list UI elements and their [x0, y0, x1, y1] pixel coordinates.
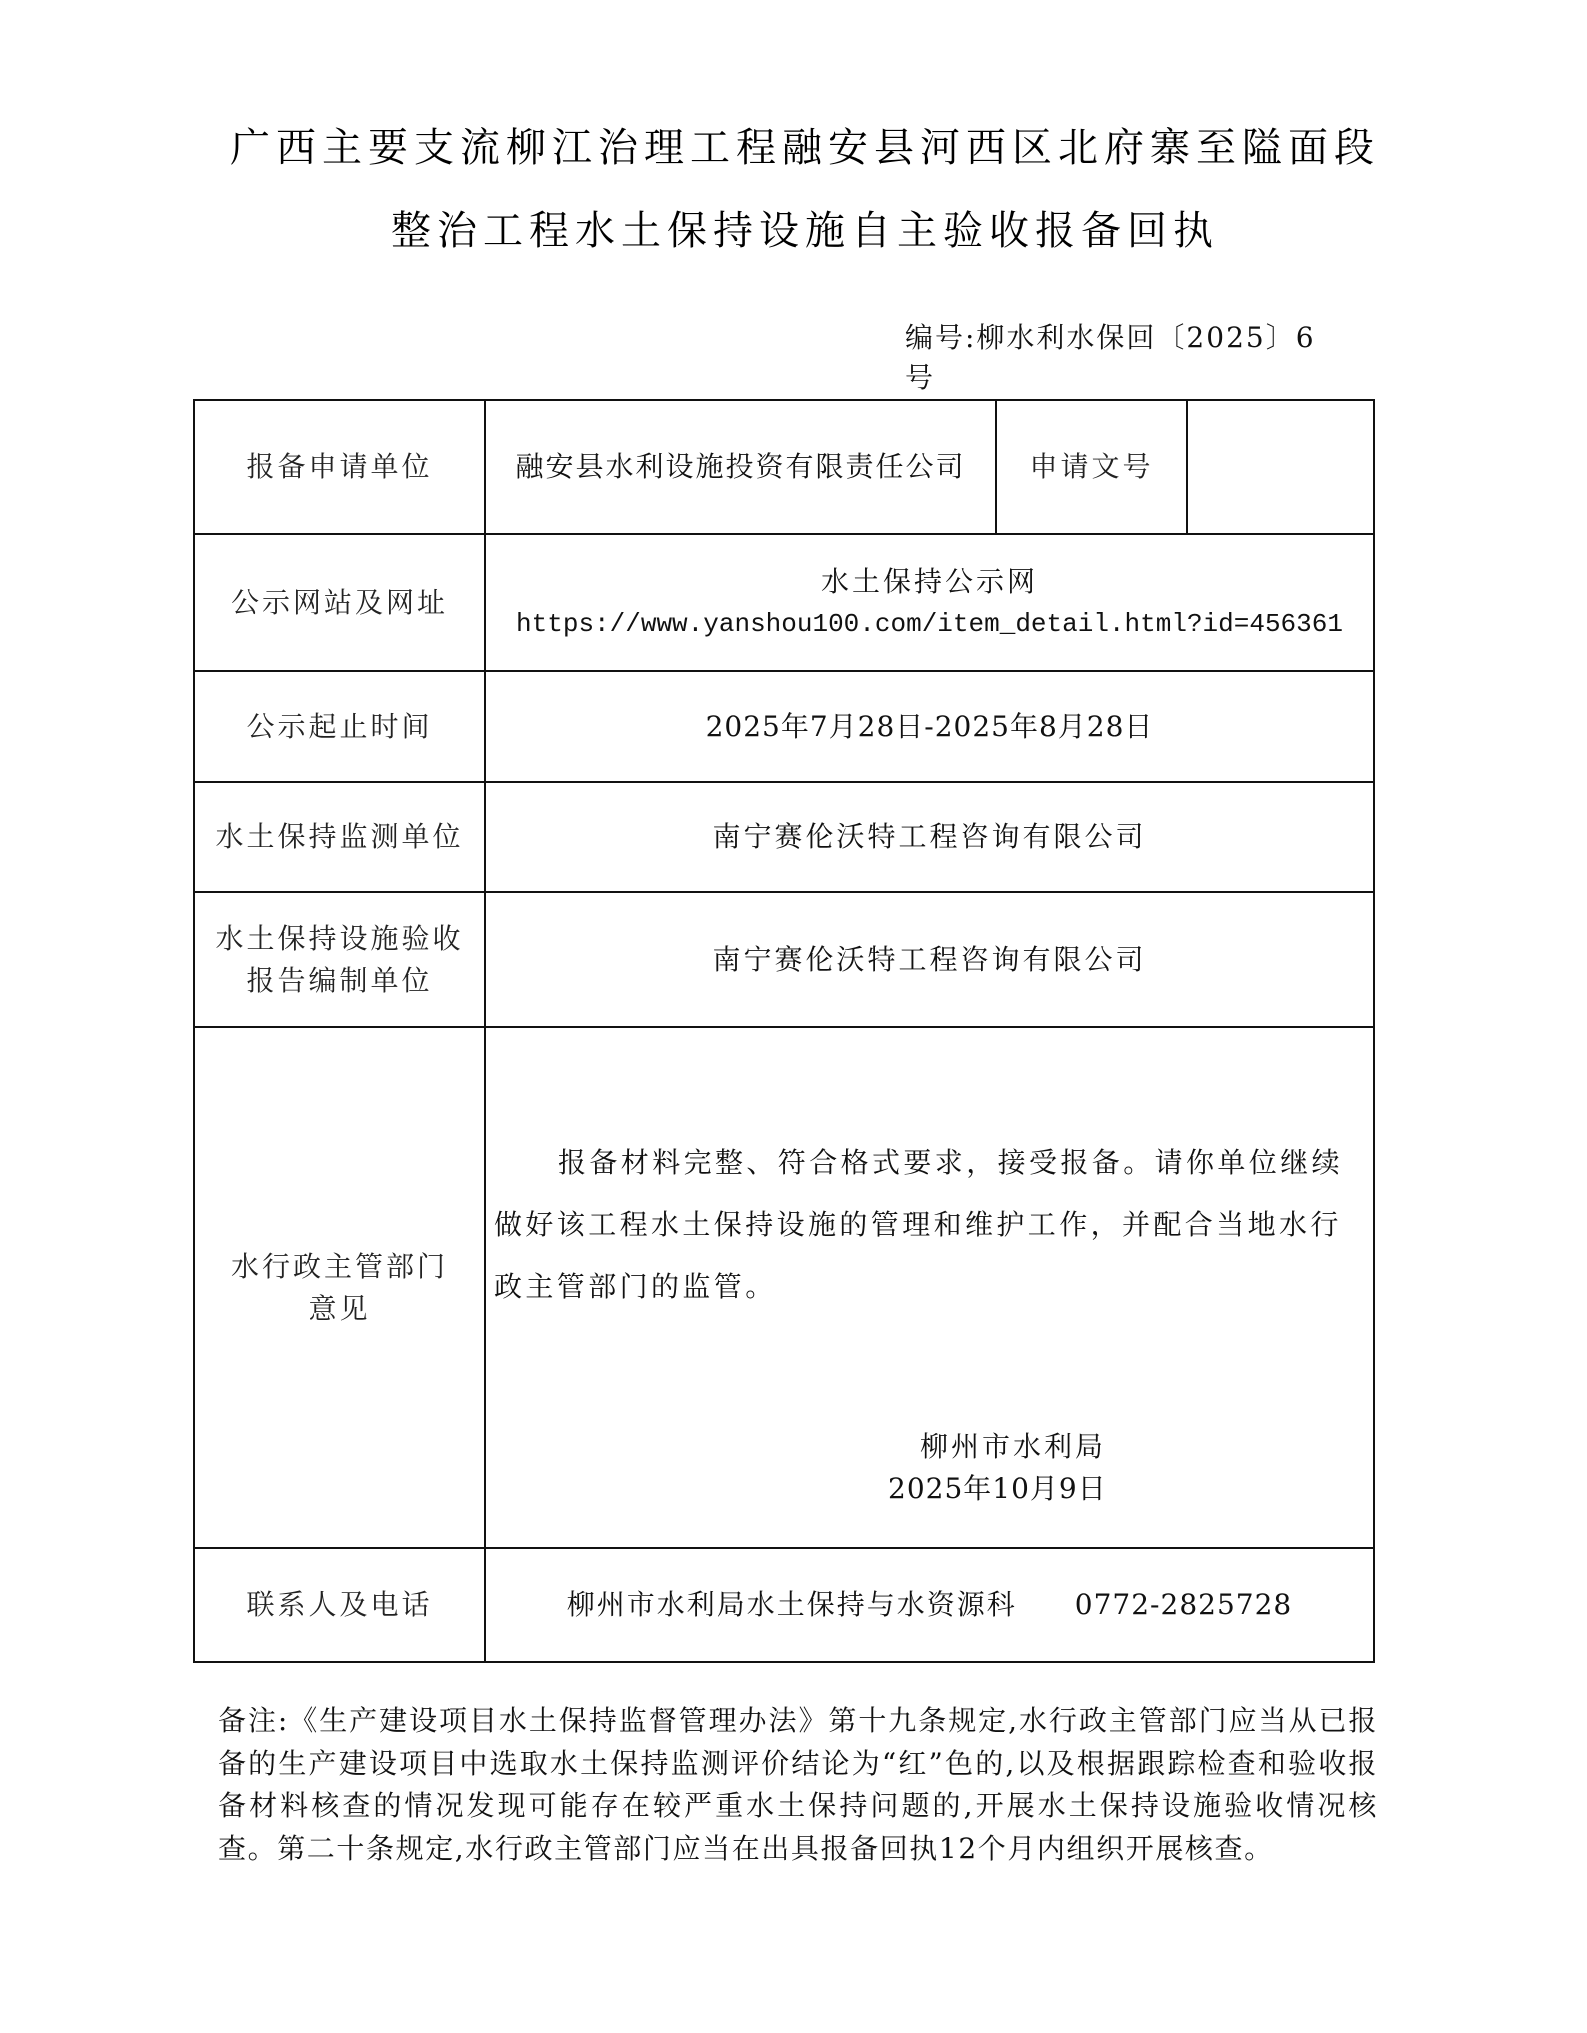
authority-opinion-label-line-2: 意见: [203, 1288, 476, 1330]
table-row-publicity-period: 公示起止时间 2025年7月28日-2025年8月28日: [194, 671, 1374, 782]
document-title-line-2: 整治工程水土保持设施自主验收报备回执: [0, 207, 1587, 255]
signature-date: 2025年10月9日: [888, 1468, 1107, 1510]
publicity-site-name: 水土保持公示网: [494, 561, 1365, 603]
report-compiler-label: 水土保持设施验收 报告编制单位: [194, 892, 485, 1027]
monitoring-unit-label: 水土保持监测单位: [194, 782, 485, 892]
contact-label: 联系人及电话: [194, 1548, 485, 1662]
table-row-applicant: 报备申请单位 融安县水利设施投资有限责任公司 申请文号: [194, 400, 1374, 534]
authority-opinion-label: 水行政主管部门 意见: [194, 1027, 485, 1548]
publicity-website-label: 公示网站及网址: [194, 534, 485, 671]
publicity-website-value: 水土保持公示网 https://www.yanshou100.com/item_…: [485, 534, 1374, 671]
contact-phone: 0772-2825728: [1075, 1584, 1292, 1626]
opinion-text: 报备材料完整、符合格式要求，接受报备。请你单位继续做好该工程水土保持设施的管理和…: [494, 1132, 1365, 1318]
report-compiler-value: 南宁赛伦沃特工程咨询有限公司: [485, 892, 1374, 1027]
contact-department: 柳州市水利局水土保持与水资源科: [567, 1584, 1017, 1626]
authority-opinion-label-line-1: 水行政主管部门: [203, 1246, 476, 1288]
reference-number: 编号:柳水利水保回〔2025〕6号: [905, 318, 1345, 398]
application-doc-number-label: 申请文号: [996, 400, 1187, 534]
footnote-remark: 备注:《生产建设项目水土保持监督管理办法》第十九条规定,水行政主管部门应当从已报…: [218, 1700, 1378, 1870]
contact-value: 柳州市水利局水土保持与水资源科0772-2825728: [485, 1548, 1374, 1662]
publicity-period-label: 公示起止时间: [194, 671, 485, 782]
signature-organization: 柳州市水利局: [920, 1426, 1106, 1468]
report-compiler-label-line-2: 报告编制单位: [203, 960, 476, 1002]
table-row-monitoring-unit: 水土保持监测单位 南宁赛伦沃特工程咨询有限公司: [194, 782, 1374, 892]
table-row-publicity-website: 公示网站及网址 水土保持公示网 https://www.yanshou100.c…: [194, 534, 1374, 671]
applicant-label: 报备申请单位: [194, 400, 485, 534]
authority-opinion-value: 报备材料完整、符合格式要求，接受报备。请你单位继续做好该工程水土保持设施的管理和…: [485, 1027, 1374, 1548]
table-row-contact: 联系人及电话 柳州市水利局水土保持与水资源科0772-2825728: [194, 1548, 1374, 1662]
report-compiler-label-line-1: 水土保持设施验收: [203, 918, 476, 960]
table-row-report-compiler: 水土保持设施验收 报告编制单位 南宁赛伦沃特工程咨询有限公司: [194, 892, 1374, 1027]
filing-receipt-table: 报备申请单位 融安县水利设施投资有限责任公司 申请文号 公示网站及网址 水土保持…: [193, 399, 1375, 1663]
monitoring-unit-value: 南宁赛伦沃特工程咨询有限公司: [485, 782, 1374, 892]
application-doc-number-value: [1187, 400, 1374, 534]
document-title-line-1: 广西主要支流柳江治理工程融安县河西区北府寨至隘面段: [0, 124, 1587, 172]
publicity-period-value: 2025年7月28日-2025年8月28日: [485, 671, 1374, 782]
applicant-value: 融安县水利设施投资有限责任公司: [485, 400, 996, 534]
publicity-url[interactable]: https://www.yanshou100.com/item_detail.h…: [494, 603, 1365, 645]
table-row-authority-opinion: 水行政主管部门 意见 报备材料完整、符合格式要求，接受报备。请你单位继续做好该工…: [194, 1027, 1374, 1548]
